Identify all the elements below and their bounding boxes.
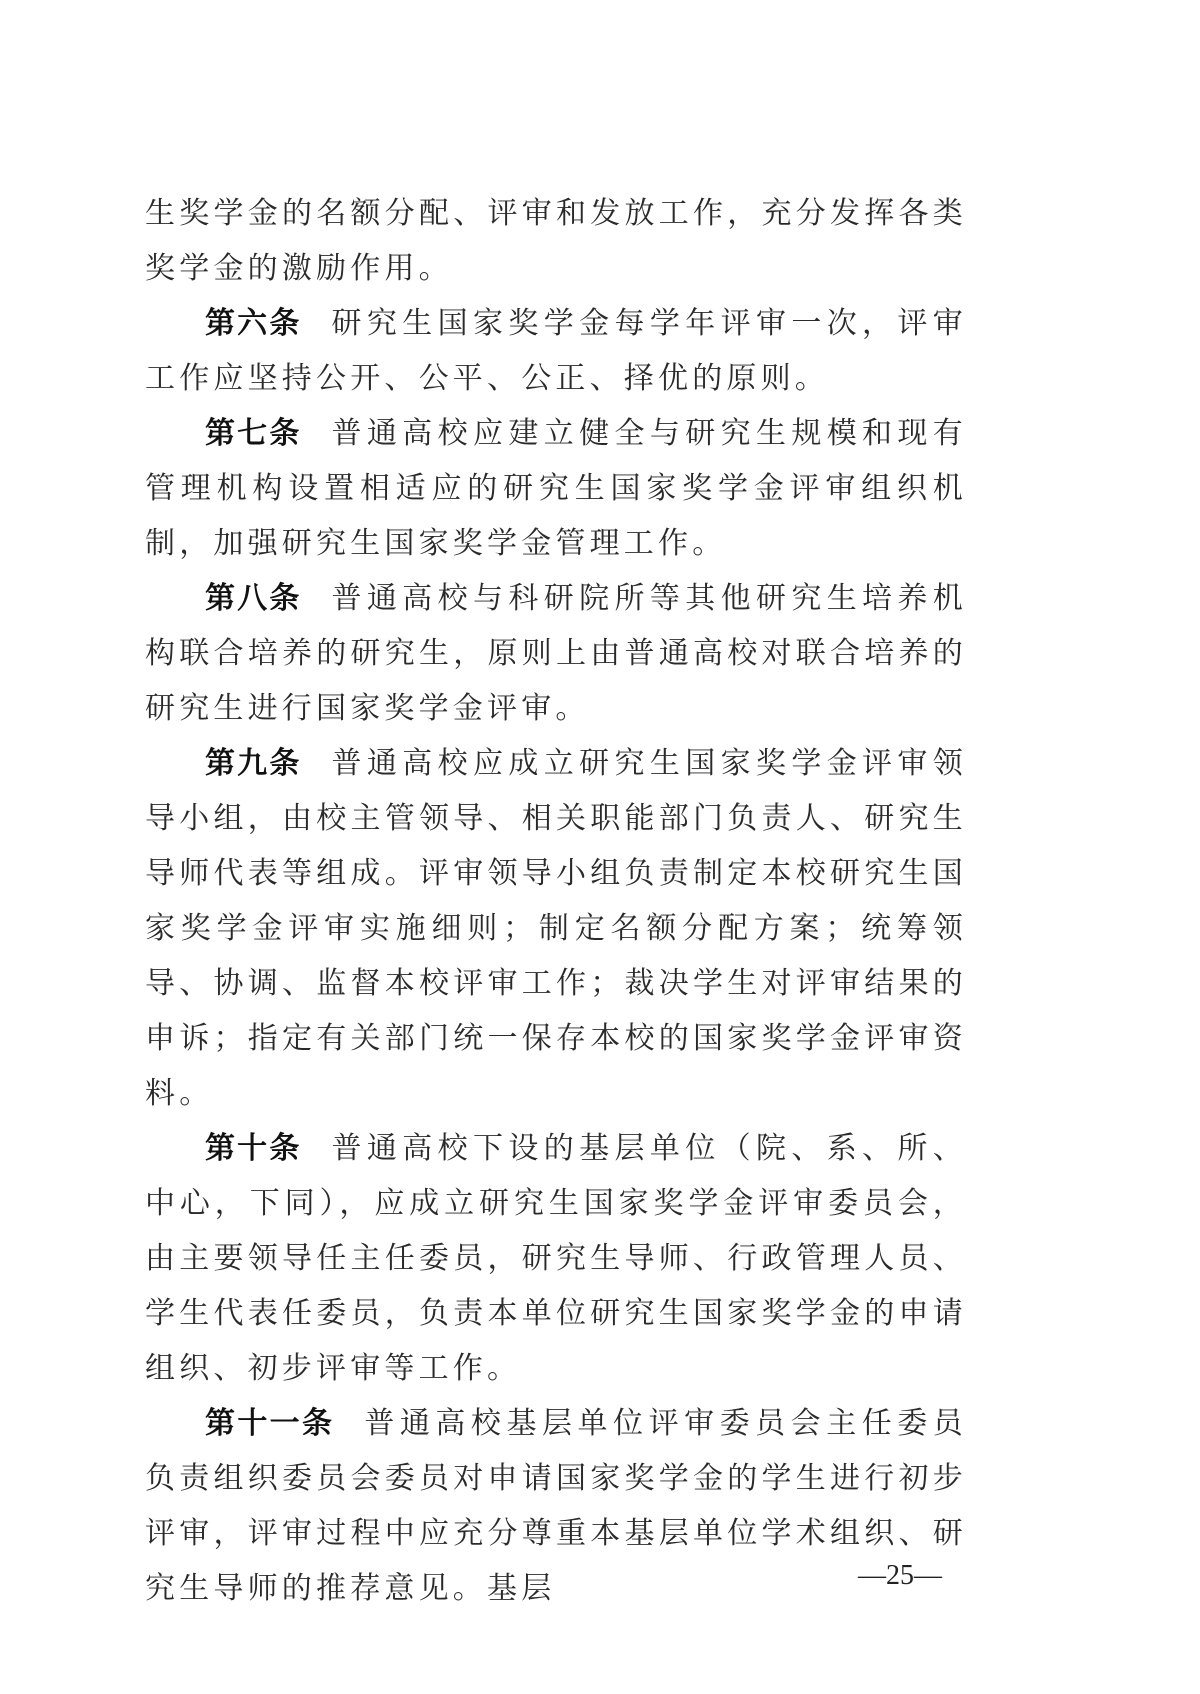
article-number: 第九条 xyxy=(205,746,302,781)
article-number: 第十一条 xyxy=(205,1406,334,1441)
article-9: 第九条普通高校应成立研究生国家奖学金评审领导小组，由校主管领导、相关职能部门负责… xyxy=(145,736,967,1121)
article-number: 第六条 xyxy=(205,306,302,341)
continuation-paragraph: 生奖学金的名额分配、评审和发放工作，充分发挥各类奖学金的激励作用。 xyxy=(145,186,967,296)
article-number: 第八条 xyxy=(205,581,302,616)
document-body: 生奖学金的名额分配、评审和发放工作，充分发挥各类奖学金的激励作用。 第六条研究生… xyxy=(145,186,967,1616)
page-number: —25— xyxy=(858,1560,942,1592)
article-7: 第七条普通高校应建立健全与研究生规模和现有管理机构设置相适应的研究生国家奖学金评… xyxy=(145,406,967,571)
article-8: 第八条普通高校与科研院所等其他研究生培养机构联合培养的研究生，原则上由普通高校对… xyxy=(145,571,967,736)
article-number: 第七条 xyxy=(205,416,302,451)
article-6: 第六条研究生国家奖学金每学年评审一次，评审工作应坚持公开、公平、公正、择优的原则… xyxy=(145,296,967,406)
article-11: 第十一条普通高校基层单位评审委员会主任委员负责组织委员会委员对申请国家奖学金的学… xyxy=(145,1396,967,1616)
article-text: 普通高校下设的基层单位（院、系、所、中心，下同），应成立研究生国家奖学金评审委员… xyxy=(145,1131,967,1386)
article-text: 普通高校应成立研究生国家奖学金评审领导小组，由校主管领导、相关职能部门负责人、研… xyxy=(145,746,967,1111)
article-number: 第十条 xyxy=(205,1131,302,1166)
article-10: 第十条普通高校下设的基层单位（院、系、所、中心，下同），应成立研究生国家奖学金评… xyxy=(145,1121,967,1396)
